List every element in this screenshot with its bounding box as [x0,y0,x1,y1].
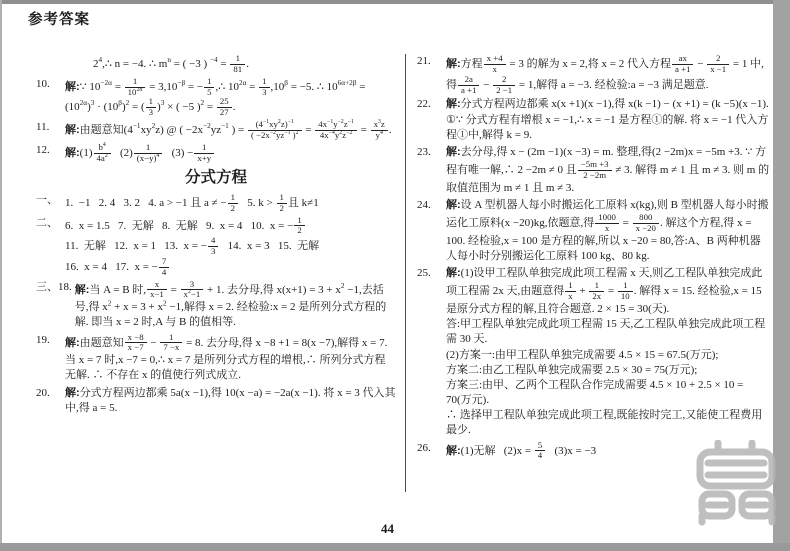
answer-item: 24,∴ n = −4. ∴ mn = ( −3 ) −4 = 181. [36,54,396,75]
fraction: 4x−1y−2z−14x−4y2z−2 [315,120,357,141]
fraction: b44a2 [94,143,111,164]
answer-line: 解:设 A 型机器人每小时搬运化工原料 x(kg),则 B 型机器人每小时搬运化… [446,198,771,264]
item-text: 解:(1)无解 (2)x = 54 (3)x = −3 [446,441,771,462]
fraction: 17 −x [160,333,182,354]
answer-line: 解:(1)无解 (2)x = 54 (3)x = −3 [446,441,771,462]
item-text: 解:方程x +4x = 3 的解为 x = 2,将 x = 2 代入方程axa … [446,54,771,95]
fraction: axa +1 [672,54,693,75]
answer-item: 25.解:(1)设甲工程队单独完成此项工程需 x 天,则乙工程队单独完成此项工程… [417,266,771,438]
answer-line: 方案三:由甲、乙两个工程队合作完成需要 4.5 × 10 + 2.5 × 10 … [446,378,771,408]
fraction: xx−1 [147,280,167,301]
item-text: 解:∵ 10−2α = 1102α = 3,10−β = −15,∴ 102α … [65,77,396,118]
column-divider [405,54,406,492]
fraction: 181 [230,54,245,75]
item-text: 解:分式方程两边都乘 x(x +1)(x −1),得 x(k −1) − (x … [446,97,771,143]
answer-item: 一、1. −1 2. 4 3. 2 4. a > −1 且 a ≠ −12 5.… [36,193,396,214]
answer-line: 11. 无解 12. x = 1 13. x = −43 14. x = 3 1… [65,236,396,257]
answer-line: 解:方程x +4x = 3 的解为 x = 2,将 x = 2 代入方程axa … [446,54,771,95]
fraction: x3zy4 [371,120,388,141]
item-number: 一、 [36,193,65,214]
answer-column-right: 21.解:方程x +4x = 3 的解为 x = 2,将 x = 2 代入方程a… [417,54,773,513]
item-number: 二、 [36,216,65,278]
fraction: 1000x [595,213,619,234]
item-text: 解:去分母,得 x − (2m −1)(x −3) = m. 整理,得(2 −2… [446,145,771,196]
answer-line: 6. x = 1.5 7. 无解 8. 无解 9. x = 4 10. x = … [65,216,396,237]
page-number: 44 [2,521,773,537]
fraction: 1x [565,281,575,302]
answer-item: 11.解:由题意知(4−1xy2z) @ ( −2x−2yz−1 ) = (4−… [36,120,396,141]
answer-item: 21.解:方程x +4x = 3 的解为 x = 2,将 x = 2 代入方程a… [417,54,771,95]
answer-item: 12.解:(1)b44a2 (2)1(x−y)4 (3) −1x+y [36,143,396,164]
fraction: 2aa +1 [458,75,479,96]
answer-line: 解:分式方程两边都乘 5a(x −1),得 10(x −a) = −2a(x −… [65,386,396,416]
answer-line: 24,∴ n = −4. ∴ mn = ( −3 ) −4 = 181. [93,54,396,75]
answer-line: 解:由题意知x −8x −7 − 17 −x = 8. 去分母,得 x −8 +… [65,333,396,384]
answer-line: 答:甲工程队单独完成此项工程需 15 天,乙工程队单独完成此项工程需 30 天. [446,317,771,347]
fraction: 13 [259,77,269,98]
item-number [64,54,93,75]
item-number: 三、18. [36,280,75,331]
page-header: 参考答案 [28,8,90,29]
fraction: x −8x −7 [125,333,147,354]
item-number: 25. [417,266,446,438]
fraction: 2x −1 [707,54,729,75]
answer-column-left: 24,∴ n = −4. ∴ mn = ( −3 ) −4 = 181.10.解… [36,54,396,513]
item-number: 23. [417,145,446,196]
answer-item: 24.解:设 A 型机器人每小时搬运化工原料 x(kg),则 B 型机器人每小时… [417,198,771,264]
fraction: 800x −20 [633,213,659,234]
item-number: 21. [417,54,446,95]
item-number: 19. [36,333,65,384]
answer-line: 解:∵ 10−2α = 1102α = 3,10−β = −15,∴ 102α … [65,77,396,118]
fraction: 1102α [125,77,146,98]
answer-line: ∴ 选择甲工程队单独完成此项工程,既能按时完工,又能使工程费用最少. [446,408,771,438]
textbook-answer-page: 参考答案 24,∴ n = −4. ∴ mn = ( −3 ) −4 = 181… [0,0,790,551]
answer-item: 三、18.解:当 A = B 时,xx−1 = 3x2−1 + 1. 去分母,得… [36,280,396,331]
page-content: 参考答案 24,∴ n = −4. ∴ mn = ( −3 ) −4 = 181… [2,4,773,543]
answer-line: 解:去分母,得 x − (2m −1)(x −3) = m. 整理,得(2 −2… [446,145,771,196]
item-number: 24. [417,198,446,264]
fraction: 3x2−1 [181,280,204,301]
answer-line: 16. x = 4 17. x = −74 [65,257,396,278]
item-text: 解:由题意知x −8x −7 − 17 −x = 8. 去分母,得 x −8 +… [65,333,396,384]
answer-item: 19.解:由题意知x −8x −7 − 17 −x = 8. 去分母,得 x −… [36,333,396,384]
fraction: 1(x−y)4 [134,143,163,164]
fraction: 43 [208,236,218,257]
answer-item: 22.解:分式方程两边都乘 x(x +1)(x −1),得 x(k −1) − … [417,97,771,143]
answer-item: 20.解:分式方程两边都乘 5a(x −1),得 10(x −a) = −2a(… [36,386,396,416]
answer-line: 解:由题意知(4−1xy2z) @ ( −2x−2yz−1 ) = (4−1xy… [65,120,396,141]
fraction: (4−1xy2z)−1( −2x−2yz−1 )2 [248,120,302,141]
answer-line: 解:当 A = B 时,xx−1 = 3x2−1 + 1. 去分母,得 x(x+… [75,280,396,331]
fraction: 15 [204,77,214,98]
item-number: 10. [36,77,65,118]
fraction: 12x [589,281,604,302]
answer-item: 二、6. x = 1.5 7. 无解 8. 无解 9. x = 4 10. x … [36,216,396,278]
fraction: 1x+y [194,143,214,164]
item-text: 6. x = 1.5 7. 无解 8. 无解 9. x = 4 10. x = … [65,216,396,278]
fraction: 110 [618,281,633,302]
item-number: 12. [36,143,65,164]
item-text: 解:由题意知(4−1xy2z) @ ( −2x−2yz−1 ) = (4−1xy… [65,120,396,141]
answer-line: 解:分式方程两边都乘 x(x +1)(x −1),得 x(k −1) − (x … [446,97,771,143]
fraction: 22 −1 [493,75,515,96]
answer-line: (2)方案一:由甲工程队单独完成需要 4.5 × 15 = 67.5(万元); [446,348,771,363]
fraction: −5m +32 −2m [578,160,612,181]
scan-edge-bottom [0,543,790,551]
item-text: 解:(1)b44a2 (2)1(x−y)4 (3) −1x+y [65,143,396,164]
answer-item: 10.解:∵ 10−2α = 1102α = 3,10−β = −15,∴ 10… [36,77,396,118]
item-text: 解:分式方程两边都乘 5a(x −1),得 10(x −a) = −2a(x −… [65,386,396,416]
fraction: x +4x [484,54,506,75]
fraction: 2527 [217,97,232,118]
item-text: 解:当 A = B 时,xx−1 = 3x2−1 + 1. 去分母,得 x(x+… [75,280,396,331]
fraction: 74 [159,257,169,278]
item-number: 11. [36,120,65,141]
answer-item: 26.解:(1)无解 (2)x = 54 (3)x = −3 [417,441,771,462]
item-text: 24,∴ n = −4. ∴ mn = ( −3 ) −4 = 181. [93,54,396,75]
fraction: 13 [146,97,156,118]
answer-line: 1. −1 2. 4 3. 2 4. a > −1 且 a ≠ −12 5. k… [65,193,396,214]
item-number: 20. [36,386,65,416]
answer-line: 解:(1)设甲工程队单独完成此项工程需 x 天,则乙工程队单独完成此项工程需 2… [446,266,771,317]
fraction: 12 [228,193,238,214]
fraction: 12 [277,193,287,214]
answer-line: 方案二:由乙工程队单独完成需要 2.5 × 30 = 75(万元); [446,363,771,378]
item-number: 22. [417,97,446,143]
fraction: 12 [294,216,304,237]
answer-line: 解:(1)b44a2 (2)1(x−y)4 (3) −1x+y [65,143,396,164]
answer-item: 23.解:去分母,得 x − (2m −1)(x −3) = m. 整理,得(2… [417,145,771,196]
item-number: 26. [417,441,446,462]
fraction: 54 [535,441,545,462]
answer-columns: 24,∴ n = −4. ∴ mn = ( −3 ) −4 = 181.10.解… [36,54,773,513]
item-text: 解:(1)设甲工程队单独完成此项工程需 x 天,则乙工程队单独完成此项工程需 2… [446,266,771,438]
item-text: 1. −1 2. 4 3. 2 4. a > −1 且 a ≠ −12 5. k… [65,193,396,214]
section-title: 分式方程 [36,167,396,188]
item-text: 解:设 A 型机器人每小时搬运化工原料 x(kg),则 B 型机器人每小时搬运化… [446,198,771,264]
